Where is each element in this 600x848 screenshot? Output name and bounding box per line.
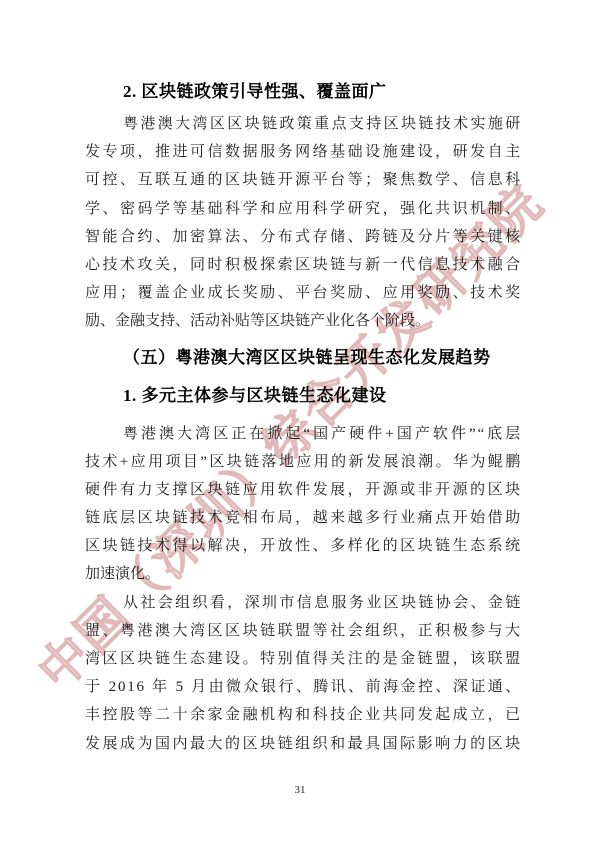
paragraph-line: 发专项，推进可信数据服务网络基础设施建设，研发自主: [85, 138, 522, 166]
paragraph: 粤港澳大湾区区块链政策重点支持区块链技术实施研发专项，推进可信数据服务网络基础设…: [85, 110, 522, 336]
paragraph-line: 学、密码学等基础科学和应用科学研究，强化共识机制、: [85, 195, 522, 223]
paragraph-line: 发展成为国内最大的区块链组织和最具国际影响力的区块: [85, 730, 522, 758]
page-number: 31: [0, 784, 600, 796]
paragraph-line: 硬件有力支撑区块链应用软件发展，开源或非开源的区块: [85, 476, 522, 504]
section-heading: 2. 区块链政策引导性强、覆盖面广: [85, 82, 522, 102]
paragraph-line: 励、金融支持、活动补贴等区块链产业化各个阶段。: [85, 307, 522, 335]
paragraph: 粤港澳大湾区正在掀起“国产硬件+国产软件”“底层技术+应用项目”区块链落地应用的…: [85, 420, 522, 589]
paragraph-line: 区块链技术得以解决，开放性、多样化的区块链生态系统: [85, 532, 522, 560]
paragraph-line: 加速演化。: [85, 560, 522, 588]
section-heading: 1. 多元主体参与区块链生态化建设: [85, 386, 522, 406]
paragraph-line: 粤港澳大湾区区块链政策重点支持区块链技术实施研: [85, 110, 522, 138]
section-heading: （五）粤港澳大湾区区块链呈现生态化发展趋势: [85, 348, 522, 368]
paragraph-line: 盟、粤港澳大湾区区块链联盟等社会组织，正积极参与大: [85, 617, 522, 645]
paragraph-line: 链底层区块链技术竞相布局，越来越多行业痛点开始借助: [85, 504, 522, 532]
paragraph-line: 从社会组织看，深圳市信息服务业区块链协会、金链: [85, 589, 522, 617]
paragraph: 从社会组织看，深圳市信息服务业区块链协会、金链盟、粤港澳大湾区区块链联盟等社会组…: [85, 589, 522, 758]
paragraph-line: 应用；覆盖企业成长奖励、平台奖励、应用奖励、技术奖: [85, 279, 522, 307]
paragraph-line: 湾区区块链生态建设。特别值得关注的是金链盟，该联盟: [85, 645, 522, 673]
paragraph-line: 智能合约、加密算法、分布式存储、跨链及分片等关键核: [85, 223, 522, 251]
document-content: 2. 区块链政策引导性强、覆盖面广粤港澳大湾区区块链政策重点支持区块链技术实施研…: [85, 82, 522, 758]
paragraph-line: 粤港澳大湾区正在掀起“国产硬件+国产软件”“底层: [85, 420, 522, 448]
document-page: 中国（深圳）综合开发研究院 2. 区块链政策引导性强、覆盖面广粤港澳大湾区区块链…: [0, 0, 600, 848]
paragraph-line: 于 2016 年 5 月由微众银行、腾讯、前海金控、深证通、顺: [85, 673, 522, 701]
paragraph-line: 技术+应用项目”区块链落地应用的新发展浪潮。华为鲲鹏: [85, 448, 522, 476]
paragraph-line: 心技术攻关，同时积极探索区块链与新一代信息技术融合: [85, 251, 522, 279]
paragraph-line: 丰控股等二十余家金融机构和科技企业共同发起成立，已: [85, 701, 522, 729]
paragraph-line: 可控、互联互通的区块链开源平台等；聚焦数学、信息科: [85, 166, 522, 194]
